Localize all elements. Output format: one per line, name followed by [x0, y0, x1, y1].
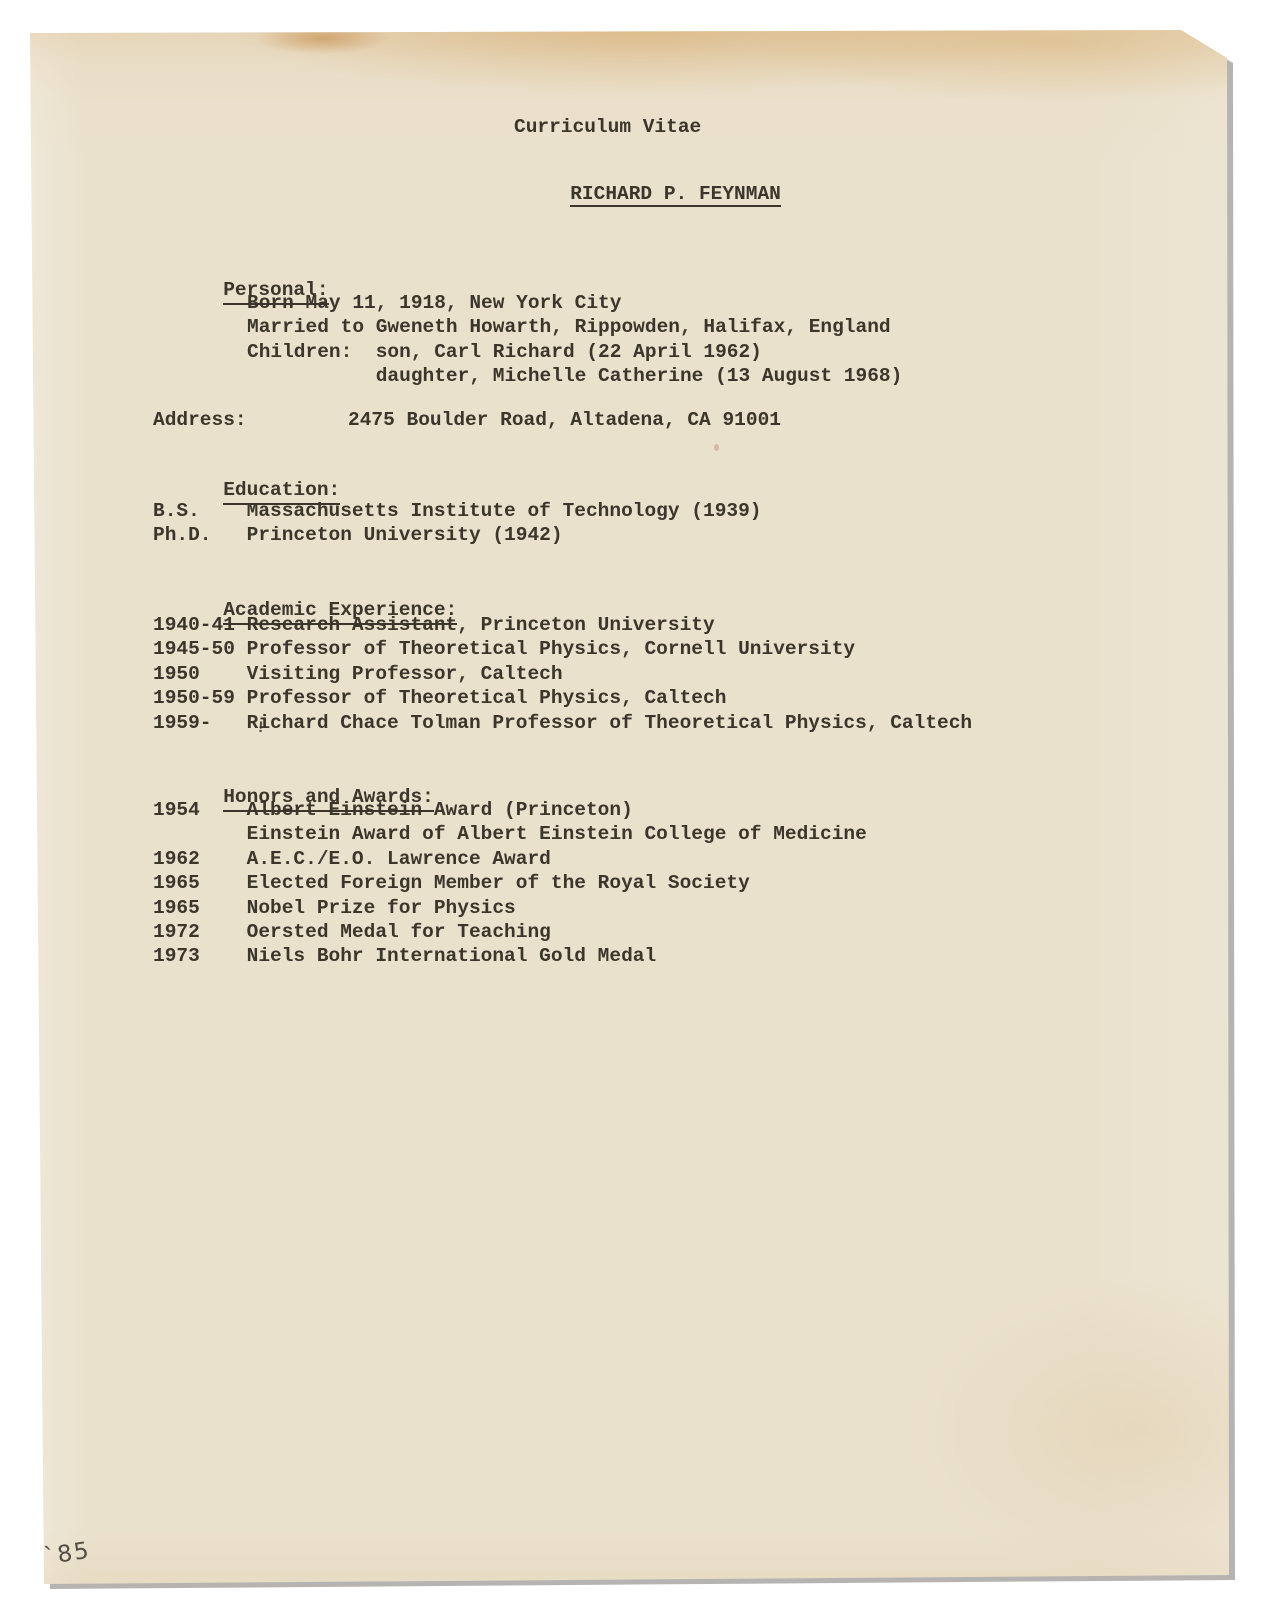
section-academic-experience-body: 1940-41 Research Assistant, Princeton Un… — [153, 613, 972, 735]
section-personal-body: Born May 11, 1918, New York City Married… — [247, 291, 902, 389]
stain-speck — [714, 444, 719, 451]
section-honors-body: 1954 Albert Einstein Award (Princeton) E… — [153, 798, 867, 969]
pencil-note: `85 — [42, 1538, 92, 1571]
doc-name: RICHARD P. FEYNMAN — [500, 161, 781, 229]
doc-title: Curriculum Vitae — [514, 116, 701, 138]
address-label: Address: — [153, 408, 247, 432]
paper-sheet: Curriculum Vitae RICHARD P. FEYNMAN Pers… — [0, 0, 1263, 1600]
scan-background: Curriculum Vitae RICHARD P. FEYNMAN Pers… — [0, 0, 1263, 1600]
section-education-body: B.S. Massachusetts Institute of Technolo… — [153, 499, 762, 548]
address-value: 2475 Boulder Road, Altadena, CA 91001 — [348, 408, 781, 432]
stray-typed-mark: ! — [256, 719, 267, 737]
